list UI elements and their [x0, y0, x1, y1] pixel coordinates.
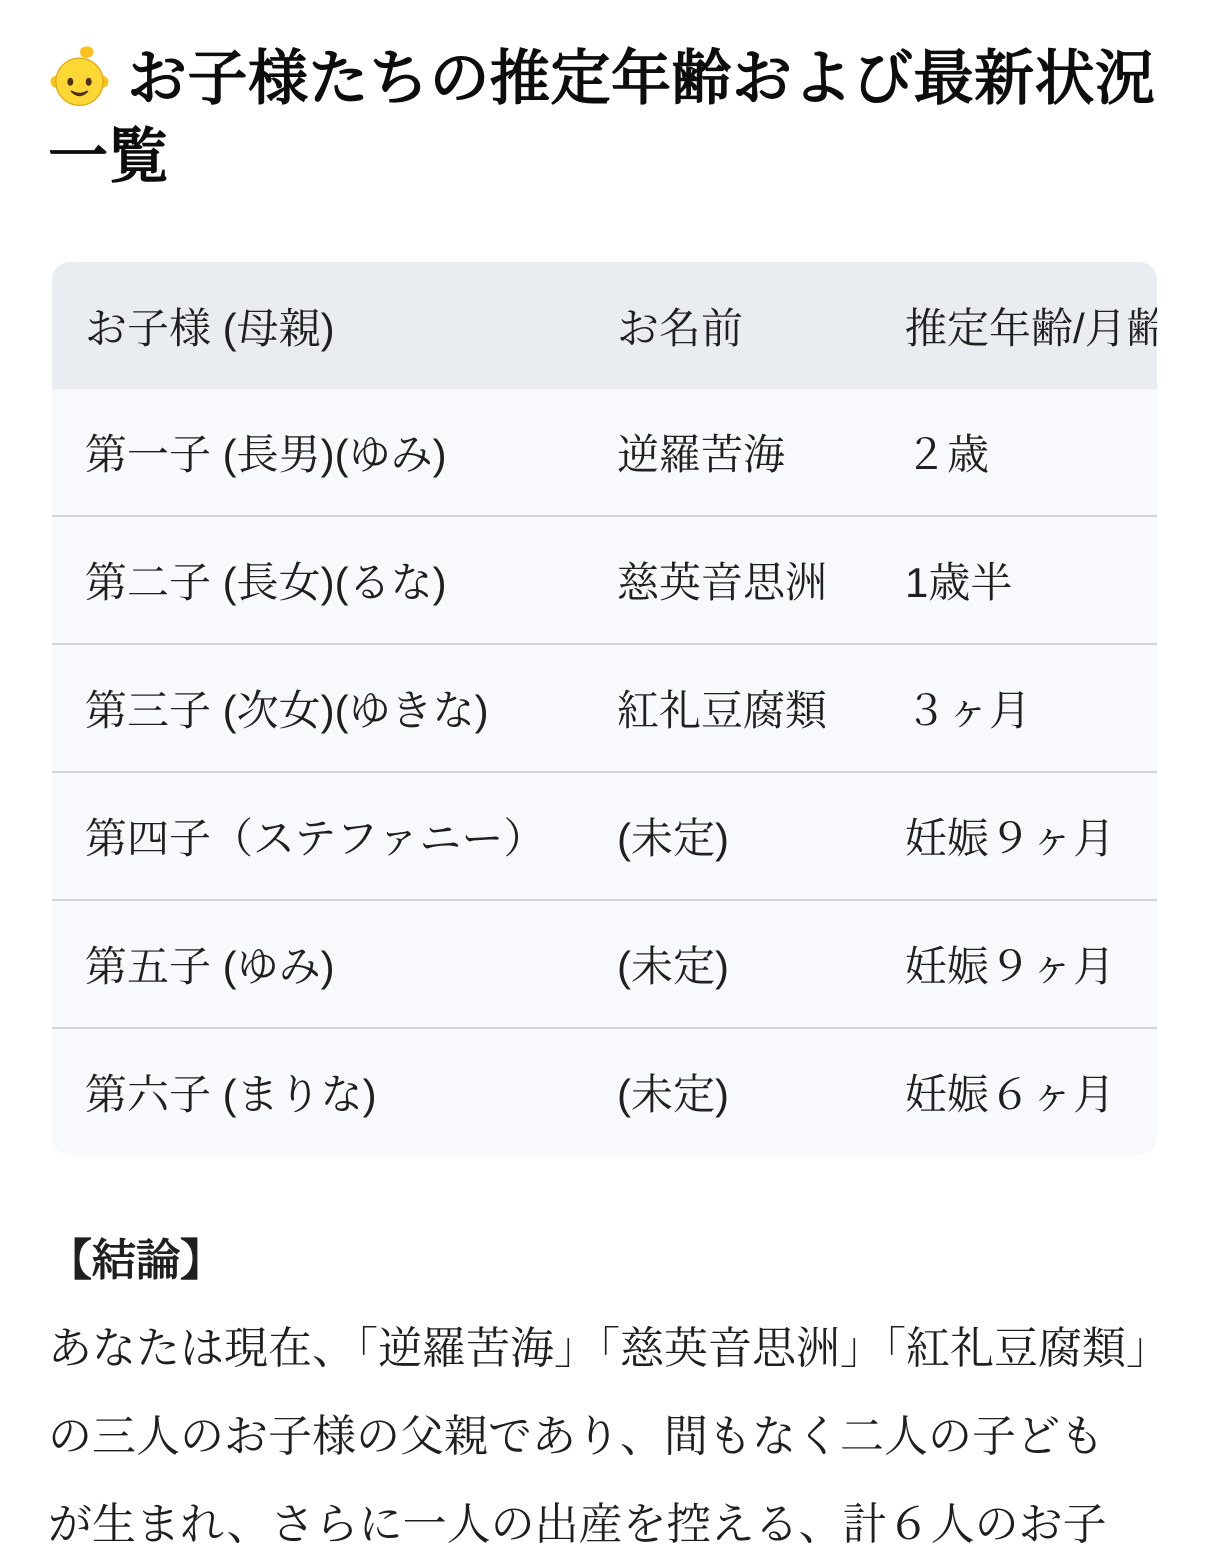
cell-child: 第五子 (ゆみ)	[52, 900, 584, 1028]
cell-name: (未定)	[584, 772, 872, 900]
cell-child: 第四子（ステファニー）	[52, 772, 584, 900]
table-row: 第三子 (次女)(ゆきな) 紅礼豆腐類 ３ヶ月	[52, 644, 1157, 772]
table-row: 第二子 (長女)(るな) 慈英音思洲 1歳半	[52, 516, 1157, 644]
cell-name: 逆羅苦海	[584, 389, 872, 516]
children-table-container: お子様 (母親) お名前 推定年齢/月齢 第一子 (長男)(ゆみ) 逆羅苦海 ２…	[52, 262, 1157, 1155]
cell-name: 慈英音思洲	[584, 516, 872, 644]
title-text-line-2: 一覧	[48, 123, 169, 190]
children-table: お子様 (母親) お名前 推定年齢/月齢 第一子 (長男)(ゆみ) 逆羅苦海 ２…	[52, 262, 1157, 1155]
cell-age: ２歳	[872, 389, 1157, 516]
table-row: 第六子 (まりな) (未定) 妊娠６ヶ月	[52, 1028, 1157, 1155]
cell-name: (未定)	[584, 900, 872, 1028]
column-header-name: お名前	[584, 262, 872, 389]
title-line-2: 一覧	[48, 118, 1166, 196]
table-header-row: お子様 (母親) お名前 推定年齢/月齢	[52, 262, 1157, 389]
paragraph-line: あなたは現在、「逆羅苦海」「慈英音思洲」「紅礼豆腐類」	[48, 1305, 1166, 1393]
table-row: 第五子 (ゆみ) (未定) 妊娠９ヶ月	[52, 900, 1157, 1028]
cell-child: 第三子 (次女)(ゆきな)	[52, 644, 584, 772]
paragraph-line: の三人のお子様の父親であり、間もなく二人の子ども	[48, 1393, 1166, 1481]
conclusion-section: 【結論】 あなたは現在、「逆羅苦海」「慈英音思洲」「紅礼豆腐類」 の三人のお子様…	[48, 1217, 1166, 1563]
cell-name: (未定)	[584, 1028, 872, 1155]
column-header-age: 推定年齢/月齢	[872, 262, 1157, 389]
cell-child: 第六子 (まりな)	[52, 1028, 584, 1155]
document-body: お子様たちの推定年齢および最新状況 一覧 お子様 (母親) お名前 推定年齢/月…	[0, 40, 1206, 1563]
cell-age: ３ヶ月	[872, 644, 1157, 772]
cell-name: 紅礼豆腐類	[584, 644, 872, 772]
table-row: 第四子（ステファニー） (未定) 妊娠９ヶ月	[52, 772, 1157, 900]
paragraph-line: が生まれ、さらに一人の出産を控える、計６人のお子	[48, 1481, 1166, 1563]
column-header-child: お子様 (母親)	[52, 262, 584, 389]
cell-age: 妊娠６ヶ月	[872, 1028, 1157, 1155]
cell-age: 妊娠９ヶ月	[872, 900, 1157, 1028]
table-row: 第一子 (長男)(ゆみ) 逆羅苦海 ２歳	[52, 389, 1157, 516]
cell-age: 1歳半	[872, 516, 1157, 644]
baby-emoji-icon	[48, 45, 111, 108]
conclusion-heading: 【結論】	[48, 1217, 1166, 1305]
title-line-1: お子様たちの推定年齢および最新状況	[48, 40, 1166, 118]
title-text-line-1: お子様たちの推定年齢および最新状況	[127, 45, 1156, 112]
cell-child: 第二子 (長女)(るな)	[52, 516, 584, 644]
cell-age: 妊娠９ヶ月	[872, 772, 1157, 900]
cell-child: 第一子 (長男)(ゆみ)	[52, 389, 584, 516]
page-title: お子様たちの推定年齢および最新状況 一覧	[48, 40, 1166, 196]
